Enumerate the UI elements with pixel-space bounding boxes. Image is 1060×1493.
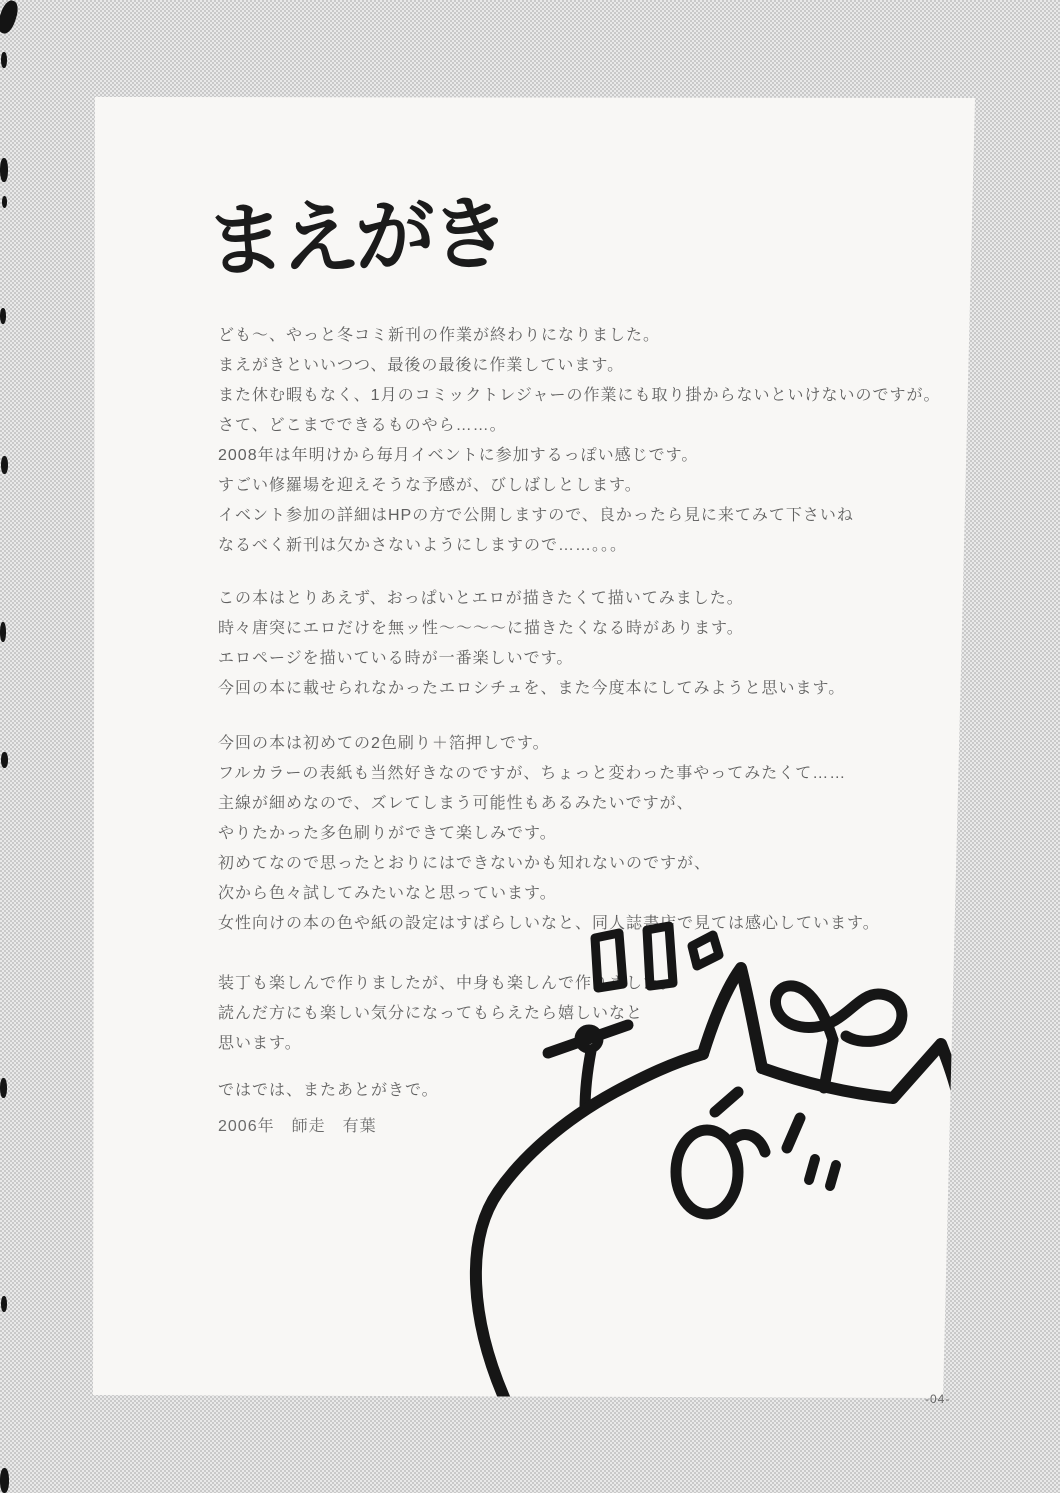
text-line: なるべく新刊は欠かさないようにしますので……。。。 (218, 532, 627, 555)
text-line: 初めてなので思ったとおりにはできないかも知れないのですが、 (218, 850, 711, 873)
binding-mark (0, 1468, 9, 1493)
scan-background: { "document": { "title": "まえがき", "paragr… (0, 0, 1060, 1493)
text-line: さて、どこまでできるものやら……。 (218, 412, 507, 435)
cat-eye-accent (715, 1092, 738, 1112)
text-line: すごい修羅場を迎えそうな予感が、びしばしとします。 (218, 472, 642, 495)
text-line: ども〜、やっと冬コミ新刊の作業が終わりになりました。 (218, 322, 660, 345)
text-line: 今回の本に載せられなかったエロシチュを、また今度本にしてみようと思います。 (218, 675, 845, 698)
text-line: まえがきといいつつ、最後の最後に作業しています。 (218, 352, 624, 375)
signature-line: 2006年 師走 有葉 (218, 1113, 377, 1136)
emphasis-mark-icon (647, 926, 673, 986)
binding-mark (0, 1078, 7, 1098)
text-line: 2008年は年明けから毎月イベントに参加するっぽい感じです。 (218, 442, 698, 465)
cat-cheek-dash (787, 1118, 800, 1148)
page-number: -04- (925, 1392, 950, 1406)
binding-mark (0, 308, 6, 324)
binding-mark (0, 0, 21, 36)
binding-mark (1, 1296, 7, 1312)
page-title: まえがき (204, 169, 507, 292)
cat-cheek-dot (809, 1159, 815, 1180)
text-line: 主線が細めなので、ズレてしまう可能性もあるみたいですが、 (218, 790, 694, 813)
binding-mark (0, 622, 6, 642)
text-line: 思います。 (218, 1030, 302, 1053)
text-line: 次から色々試してみたいなと思っています。 (218, 880, 557, 903)
text-line: フルカラーの表紙も当然好きなのですが、ちょっと変わった事やってみたくて…… (218, 760, 846, 783)
bow-curl-icon (775, 986, 901, 1042)
text-line: 時々唐突にエロだけを無ッ性〜〜〜〜に描きたくなる時があります。 (218, 615, 744, 638)
bow-stem (824, 1040, 833, 1088)
text-line: イベント参加の詳細はHPの方で公開しますので、良かったら見に来てみて下さいね (218, 502, 854, 525)
binding-mark (1, 52, 7, 68)
binding-mark (1, 456, 8, 474)
cat-doodle (450, 920, 980, 1410)
text-line: この本はとりあえず、おっぱいとエロが描きたくて描いてみました。 (218, 585, 744, 608)
text-line: 今回の本は初めての2色刷り＋箔押しです。 (218, 730, 550, 753)
text-line: また休む暇もなく、1月のコミックトレジャーの作業にも取り掛からないといけないので… (218, 382, 941, 405)
binding-mark (1, 752, 8, 768)
emphasis-mark-icon (595, 933, 623, 988)
emphasis-mark-icon (692, 935, 719, 966)
closing-line: ではでは、またあとがきで。 (218, 1077, 439, 1100)
cat-head-outline (476, 1054, 703, 1402)
cat-cheek-dot (830, 1165, 836, 1186)
cat-left-ear (703, 968, 762, 1068)
text-line: エロページを描いている時が一番楽しいです。 (218, 645, 573, 668)
scanned-page: まえがき ども〜、やっと冬コミ新刊の作業が終わりになりました。 まえがきといいつ… (93, 97, 975, 1398)
binding-mark (0, 158, 8, 182)
binding-mark (2, 196, 7, 208)
text-line: やりたかった多色刷りができて楽しみです。 (218, 820, 557, 843)
